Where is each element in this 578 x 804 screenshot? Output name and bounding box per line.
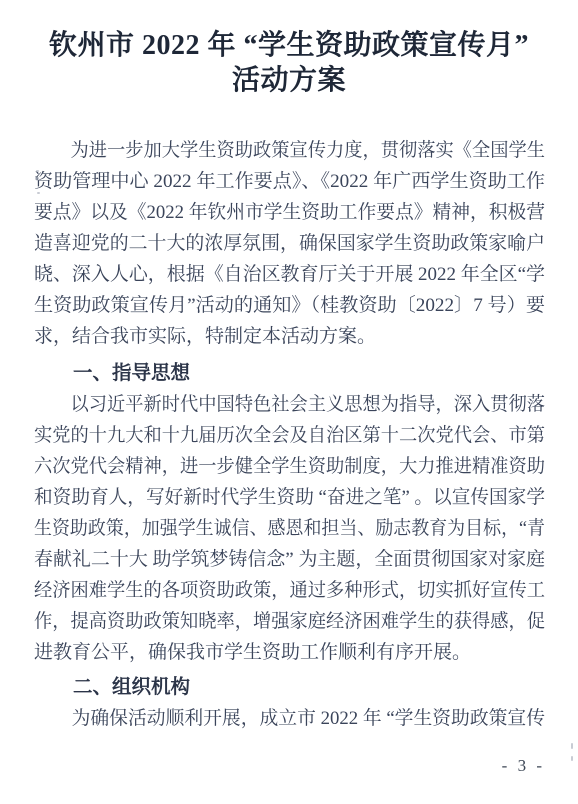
body-line: 作，提高资助政策知晓率，增强家庭经济困难学生的获得感，促 bbox=[34, 606, 545, 637]
body-line: 资助管理中心 2022 年工作要点》、《2022 年广西学生资助工作 bbox=[34, 166, 545, 197]
scan-artifact bbox=[571, 756, 573, 761]
scan-artifact bbox=[571, 743, 573, 749]
body-line: 造喜迎党的二十大的浓厚氛围，确保国家学生资助政策家喻户 bbox=[34, 228, 545, 259]
page-number: - 3 - bbox=[502, 755, 545, 777]
body-line: 春献礼二十大 助学筑梦铸信念” 为主题，全面贯彻国家对家庭 bbox=[34, 544, 545, 575]
body-line: 实党的十九大和十九届历次全会及自治区第十二次党代会、市第 bbox=[34, 420, 545, 451]
body-line: 生资助政策，加强学生诚信、感恩和担当、励志教育为目标，“青 bbox=[34, 513, 545, 544]
scan-artifact bbox=[36, 170, 39, 172]
body-line: 经济困难学生的各项资助政策，通过多种形式，切实抓好宣传工 bbox=[34, 575, 545, 606]
section-heading-1: 一、指导思想 bbox=[34, 358, 545, 389]
document-body: 为进一步加大学生资助政策宣传力度，贯彻落实《全国学生 资助管理中心 2022 年… bbox=[34, 135, 545, 734]
body-line: 为进一步加大学生资助政策宣传力度，贯彻落实《全国学生 bbox=[34, 135, 545, 166]
body-line: 生资助政策宣传月”活动的通知》（桂教资助〔2022〕7 号）要 bbox=[34, 290, 545, 321]
body-line: 晓、深入人心，根据《自治区教育厅关于开展 2022 年全区“学 bbox=[34, 259, 545, 290]
body-line: 为确保活动顺利开展，成立市 2022 年 “学生资助政策宣传 bbox=[34, 703, 545, 734]
title-line-2: 活动方案 bbox=[10, 63, 568, 98]
document-title: 钦州市 2022 年 “学生资助政策宣传月” 活动方案 bbox=[10, 28, 568, 98]
body-line: 求，结合我市实际，特制定本活动方案。 bbox=[34, 321, 545, 352]
body-line: 和资助育人，写好新时代学生资助 “奋进之笔” 。以宣传国家学 bbox=[34, 482, 545, 513]
body-line: 以习近平新时代中国特色社会主义思想为指导，深入贯彻落 bbox=[34, 389, 545, 420]
document-page: 钦州市 2022 年 “学生资助政策宣传月” 活动方案 为进一步加大学生资助政策… bbox=[0, 0, 578, 804]
body-line: 要点》以及《2022 年钦州市学生资助工作要点》精神，积极营 bbox=[34, 197, 545, 228]
section-heading-2: 二、组织机构 bbox=[34, 672, 545, 703]
scan-artifact bbox=[35, 177, 39, 180]
body-line: 进教育公平，确保我市学生资助工作顺利有序开展。 bbox=[34, 637, 545, 668]
title-line-1: 钦州市 2022 年 “学生资助政策宣传月” bbox=[10, 28, 568, 63]
scan-artifact bbox=[37, 192, 40, 194]
body-line: 六次党代会精神，进一步健全学生资助制度，大力推进精准资助 bbox=[34, 451, 545, 482]
